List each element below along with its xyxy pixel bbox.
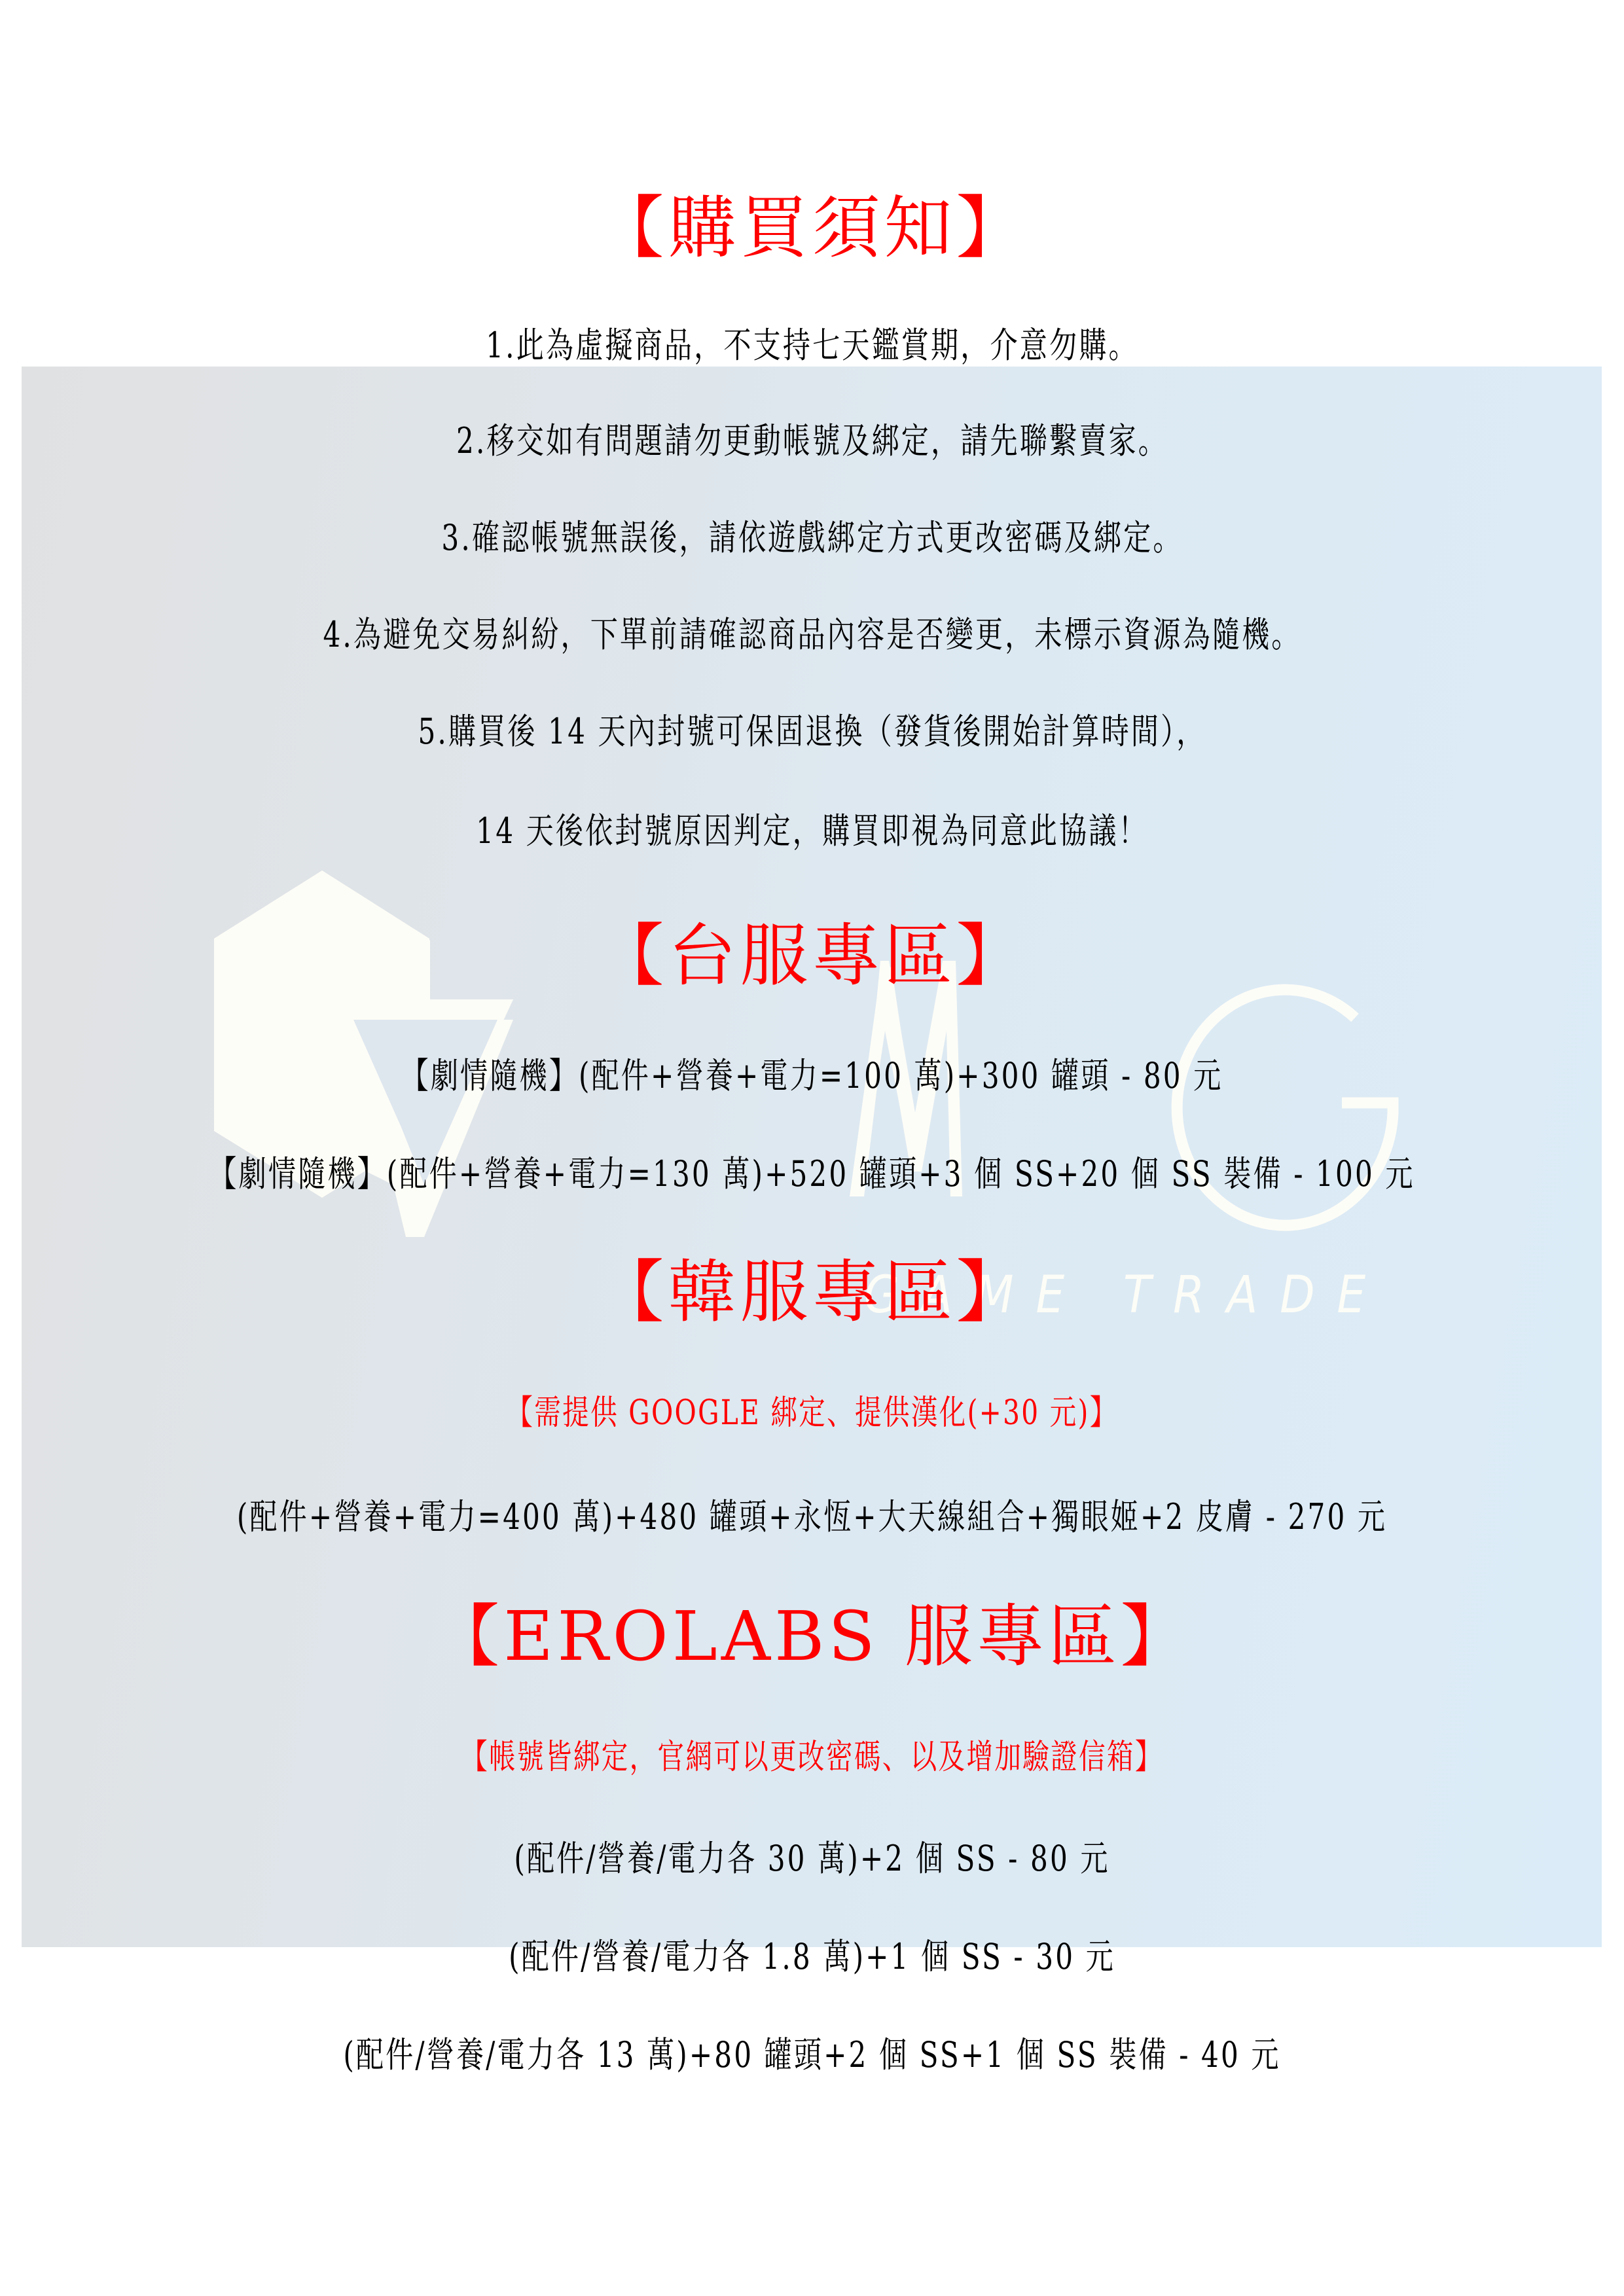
notice-item-2: 2.移交如有問題請勿更動帳號及綁定，請先聯繫賣家。 (179, 420, 1445, 462)
taiwan-server-title: 【台服專區】 (0, 916, 1624, 995)
notice-item-4: 4.為避免交易糾紛，下單前請確認商品內容是否變更，未標示資源為隨機。 (179, 614, 1445, 656)
purchase-notice-title: 【購買須知】 (0, 188, 1624, 267)
notice-item-5-continued: 14 天後依封號原因判定，購買即視為同意此協議！ (179, 810, 1445, 852)
erolabs-server-note: 【帳號皆綁定，官網可以更改密碼、以及增加驗證信箱】 (179, 1737, 1445, 1778)
notice-item-1: 1.此為虛擬商品，不支持七天鑑賞期，介意勿購。 (179, 325, 1445, 367)
erolabs-server-title: 【EROLABS 服專區】 (0, 1597, 1624, 1676)
korea-server-note: 【需提供 GOOGLE 綁定、提供漢化(+30 元)】 (179, 1393, 1445, 1433)
erolabs-product-3: (配件/營養/電力各 13 萬)+80 罐頭+2 個 SS+1 個 SS 裝備 … (179, 2034, 1445, 2076)
korea-server-title: 【韓服專區】 (0, 1253, 1624, 1331)
notice-item-3: 3.確認帳號無誤後，請依遊戲綁定方式更改密碼及綁定。 (179, 517, 1445, 559)
taiwan-product-2: 【劇情隨機】(配件+營養+電力=130 萬)+520 罐頭+3 個 SS+20 … (179, 1153, 1445, 1195)
korea-product-1: (配件+營養+電力=400 萬)+480 罐頭+永恆+大天線組合+獨眼姬+2 皮… (179, 1496, 1445, 1538)
erolabs-product-2: (配件/營養/電力各 1.8 萬)+1 個 SS - 30 元 (179, 1936, 1445, 1978)
taiwan-product-1: 【劇情隨機】(配件+營養+電力=100 萬)+300 罐頭 - 80 元 (179, 1055, 1445, 1097)
notice-item-5: 5.購買後 14 天內封號可保固退換（發貨後開始計算時間）， (179, 711, 1445, 753)
erolabs-product-1: (配件/營養/電力各 30 萬)+2 個 SS - 80 元 (179, 1838, 1445, 1880)
